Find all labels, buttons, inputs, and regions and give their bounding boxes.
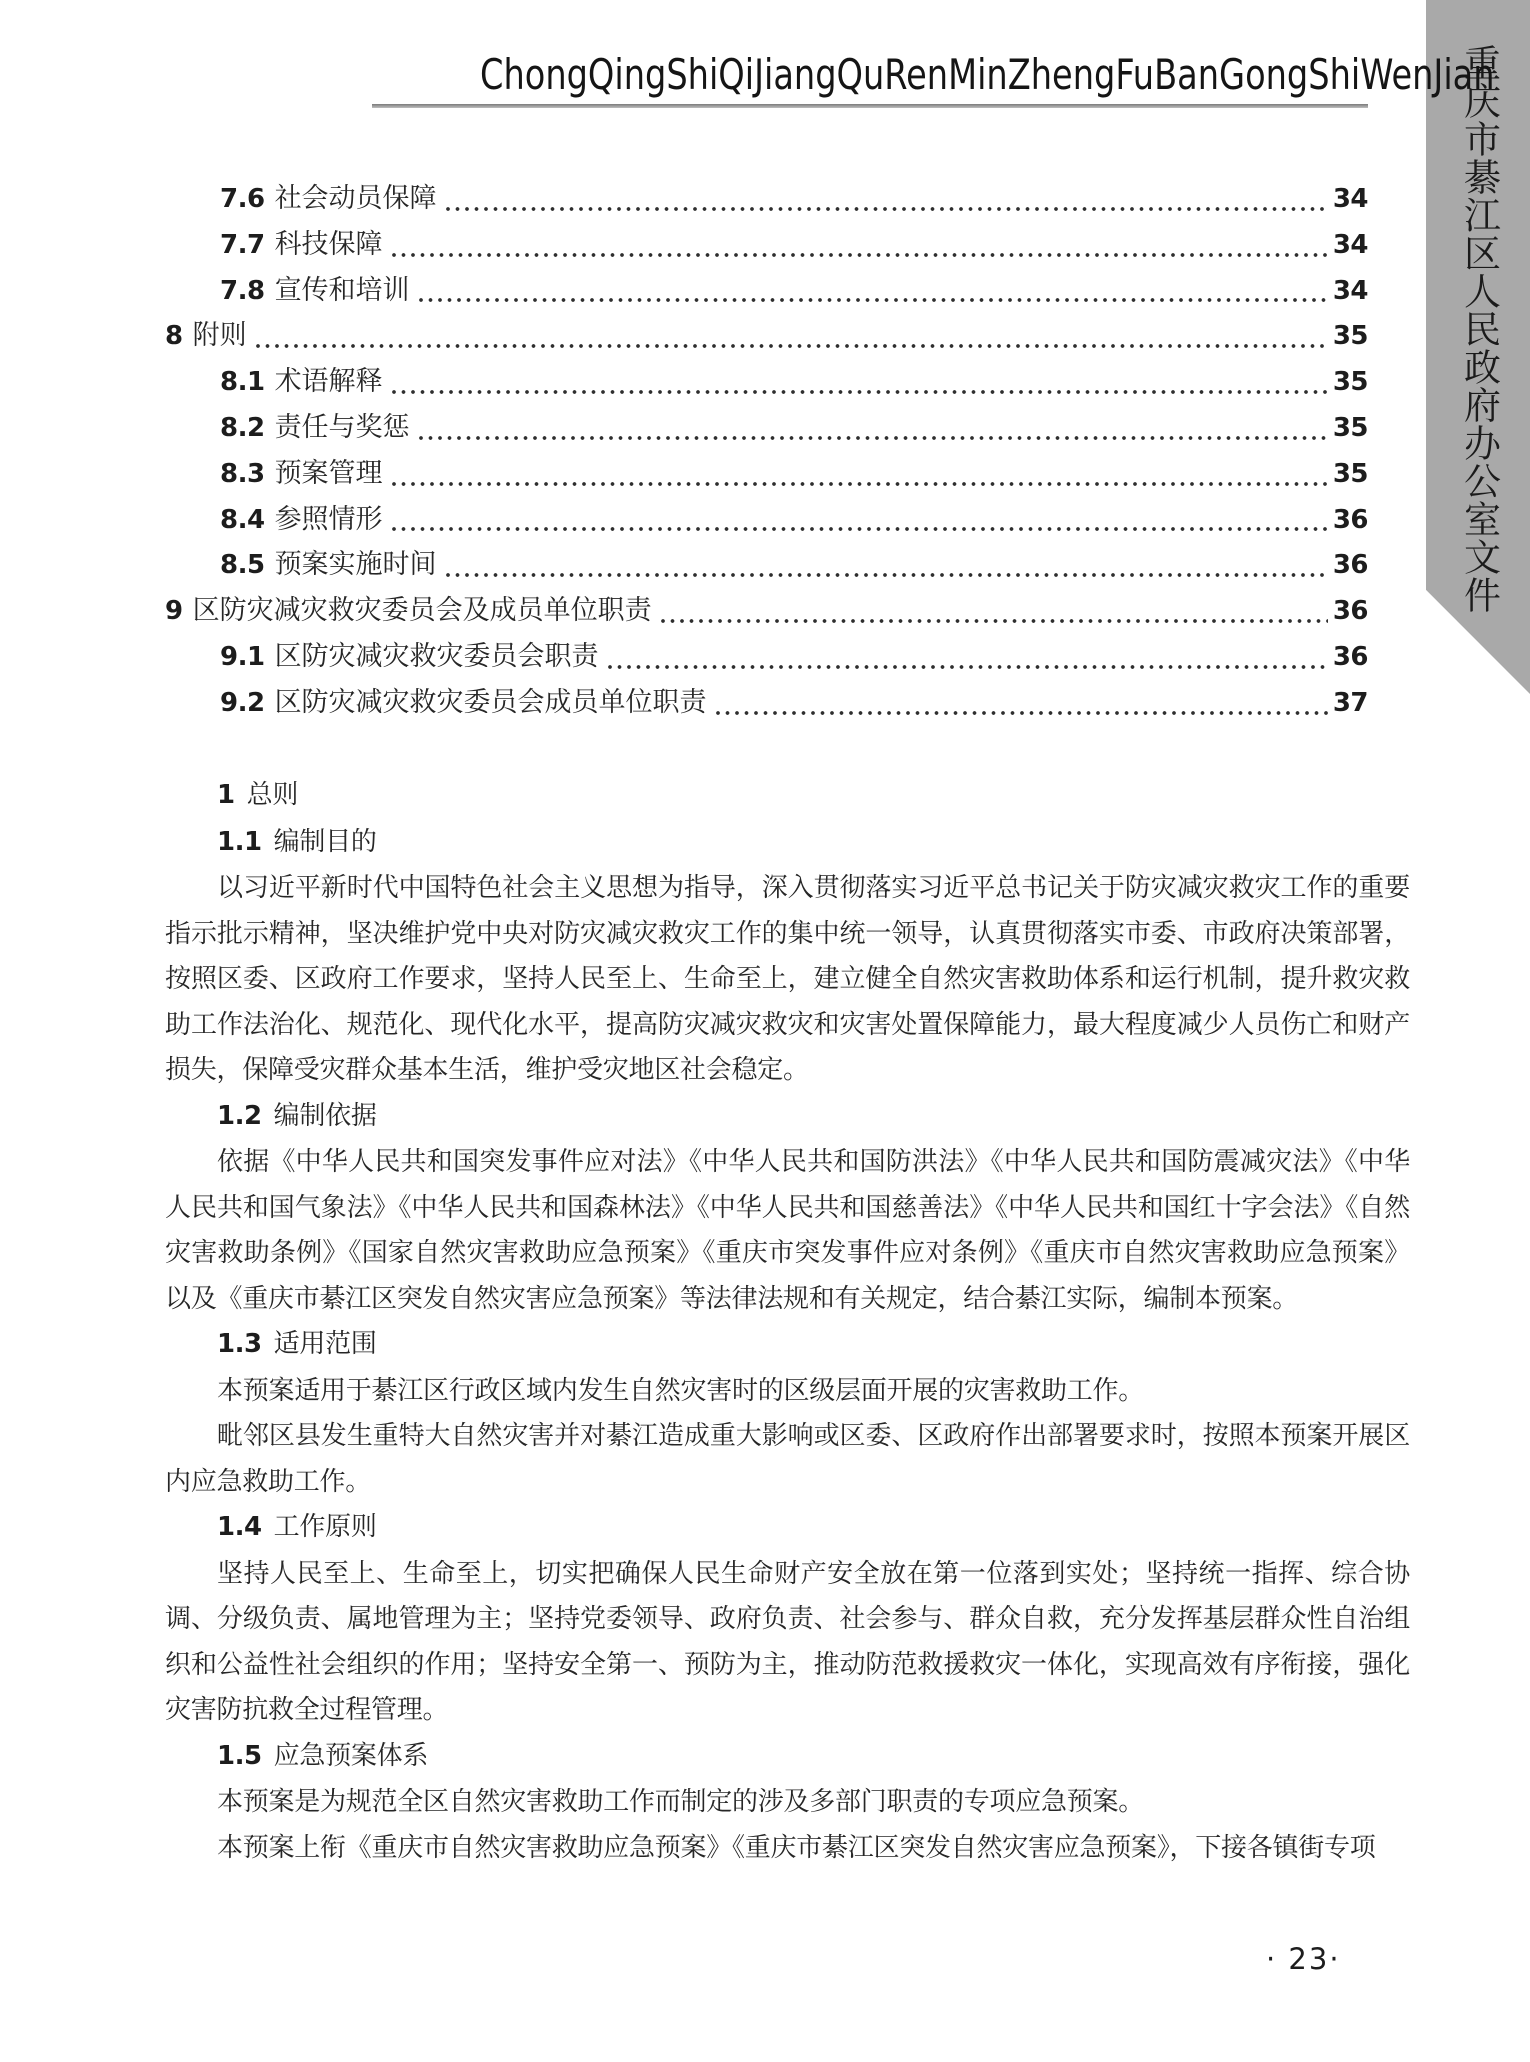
toc-entry-label: 责任与奖惩 — [275, 405, 410, 451]
toc-dotted-leader — [659, 617, 1328, 625]
toc-entry-page: 36 — [1333, 635, 1368, 681]
toc-dotted-leader — [390, 251, 1328, 259]
toc-dotted-leader — [390, 525, 1328, 533]
section-heading: 1.2编制依据 — [165, 1093, 1410, 1140]
toc-dotted-leader — [444, 571, 1328, 579]
section-title: 总则 — [247, 780, 299, 809]
sidebar-vertical-title: 重庆市綦江区人民政府办公室文件 — [1460, 44, 1497, 694]
section-heading: 1.4工作原则 — [165, 1504, 1410, 1551]
section-heading: 1.3适用范围 — [165, 1321, 1410, 1368]
toc-dotted-leader — [390, 480, 1328, 488]
section-number: 1.5 — [217, 1741, 262, 1771]
toc-entry-page: 34 — [1333, 269, 1368, 315]
toc-entry-page: 36 — [1333, 498, 1368, 544]
toc-entry-page: 35 — [1333, 452, 1368, 498]
toc-dotted-leader — [606, 663, 1328, 671]
toc-dotted-leader — [714, 709, 1328, 717]
toc-entry-label: 区防灾减灾救灾委员会及成员单位职责 — [193, 588, 652, 634]
toc-entry: 9.1区防灾减灾救灾委员会职责36 — [165, 634, 1368, 680]
toc-dotted-leader — [390, 388, 1328, 396]
toc-entry-page: 36 — [1333, 543, 1368, 589]
toc-entry: 9.2区防灾减灾救灾委员会成员单位职责37 — [165, 680, 1368, 726]
toc-entry-number: 7.6 — [220, 177, 265, 223]
toc-dotted-leader — [444, 205, 1328, 213]
section-title: 编制依据 — [274, 1101, 377, 1130]
section-title: 适用范围 — [274, 1329, 377, 1358]
toc-entry-page: 35 — [1333, 314, 1368, 360]
body-paragraph: 依据《中华人民共和国突发事件应对法》《中华人民共和国防洪法》《中华人民共和国防震… — [165, 1139, 1410, 1321]
toc-entry-label: 预案实施时间 — [275, 542, 437, 588]
body-paragraph: 本预案适用于綦江区行政区域内发生自然灾害时的区级层面开展的灾害救助工作。 — [165, 1368, 1410, 1414]
section-number: 1.1 — [217, 827, 262, 857]
toc-entry: 8.3预案管理35 — [165, 451, 1368, 497]
toc-entry-label: 参照情形 — [275, 497, 383, 543]
toc-entry-label: 区防灾减灾救灾委员会职责 — [275, 634, 599, 680]
toc-entry-label: 附则 — [193, 313, 247, 359]
section-number: 1.3 — [217, 1329, 262, 1359]
toc-entry-label: 社会动员保障 — [275, 176, 437, 222]
header-divider — [372, 104, 1368, 108]
toc-dotted-leader — [254, 342, 1328, 350]
toc-entry-label: 科技保障 — [275, 222, 383, 268]
section-number: 1.4 — [217, 1512, 262, 1542]
body-paragraph: 坚持人民至上、生命至上，切实把确保人民生命财产安全放在第一位落到实处；坚持统一指… — [165, 1551, 1410, 1733]
sidebar-banner: 重庆市綦江区人民政府办公室文件 — [1426, 0, 1530, 694]
toc-entry-number: 8.1 — [220, 360, 265, 406]
toc-entry: 8.2责任与奖惩35 — [165, 405, 1368, 451]
section-title: 编制目的 — [274, 827, 377, 856]
section-heading: 1.5应急预案体系 — [165, 1733, 1410, 1780]
section-heading: 1总则 — [165, 772, 1410, 819]
toc-entry-page: 35 — [1333, 360, 1368, 406]
toc-entry-label: 区防灾减灾救灾委员会成员单位职责 — [275, 680, 707, 726]
toc-entry-label: 宣传和培训 — [275, 268, 410, 314]
table-of-contents: 7.6社会动员保障34 7.7科技保障34 7.8宣传和培训34 8附则35 8… — [165, 176, 1368, 726]
toc-entry-number: 9.1 — [220, 635, 265, 681]
document-body: 1总则 1.1编制目的 以习近平新时代中国特色社会主义思想为指导，深入贯彻落实习… — [165, 772, 1410, 1870]
toc-entry-page: 36 — [1333, 589, 1368, 635]
toc-entry-number: 7.7 — [220, 223, 265, 269]
toc-entry-number: 8.4 — [220, 498, 265, 544]
toc-entry: 8附则35 — [165, 313, 1368, 359]
toc-entry: 8.5预案实施时间36 — [165, 542, 1368, 588]
toc-dotted-leader — [417, 296, 1328, 304]
toc-entry-number: 8.5 — [220, 543, 265, 589]
toc-dotted-leader — [417, 434, 1328, 442]
toc-entry: 8.1术语解释35 — [165, 359, 1368, 405]
toc-entry: 7.8宣传和培训34 — [165, 268, 1368, 314]
document-page: 重庆市綦江区人民政府办公室文件 ChongQingShiQiJiangQuRen… — [0, 0, 1530, 2062]
toc-entry-number: 8.2 — [220, 406, 265, 452]
toc-entry-number: 9 — [165, 589, 183, 635]
toc-entry-page: 37 — [1333, 681, 1368, 727]
page-number: · 23· — [1266, 1942, 1341, 1976]
toc-entry-label: 术语解释 — [275, 359, 383, 405]
section-heading: 1.1编制目的 — [165, 819, 1410, 866]
body-paragraph: 本预案是为规范全区自然灾害救助工作而制定的涉及多部门职责的专项应急预案。 — [165, 1779, 1410, 1825]
toc-entry-number: 8 — [165, 314, 183, 360]
body-paragraph: 本预案上衔《重庆市自然灾害救助应急预案》《重庆市綦江区突发自然灾害应急预案》，下… — [165, 1825, 1410, 1871]
section-number: 1.2 — [217, 1101, 262, 1131]
toc-entry-page: 35 — [1333, 406, 1368, 452]
section-title: 应急预案体系 — [274, 1741, 429, 1770]
toc-entry-page: 34 — [1333, 223, 1368, 269]
toc-entry-page: 34 — [1333, 177, 1368, 223]
toc-entry: 8.4参照情形36 — [165, 497, 1368, 543]
document-header-title: ChongQingShiQiJiangQuRenMinZhengFuBanGon… — [480, 50, 1280, 99]
body-paragraph: 以习近平新时代中国特色社会主义思想为指导，深入贯彻落实习近平总书记关于防灾减灾救… — [165, 865, 1410, 1093]
section-number: 1 — [217, 780, 235, 810]
toc-entry-number: 8.3 — [220, 452, 265, 498]
body-paragraph: 毗邻区县发生重特大自然灾害并对綦江造成重大影响或区委、区政府作出部署要求时，按照… — [165, 1413, 1410, 1504]
toc-entry: 7.7科技保障34 — [165, 222, 1368, 268]
toc-entry-number: 7.8 — [220, 269, 265, 315]
toc-entry-label: 预案管理 — [275, 451, 383, 497]
toc-entry: 9区防灾减灾救灾委员会及成员单位职责36 — [165, 588, 1368, 634]
section-title: 工作原则 — [274, 1512, 377, 1541]
toc-entry-number: 9.2 — [220, 681, 265, 727]
toc-entry: 7.6社会动员保障34 — [165, 176, 1368, 222]
